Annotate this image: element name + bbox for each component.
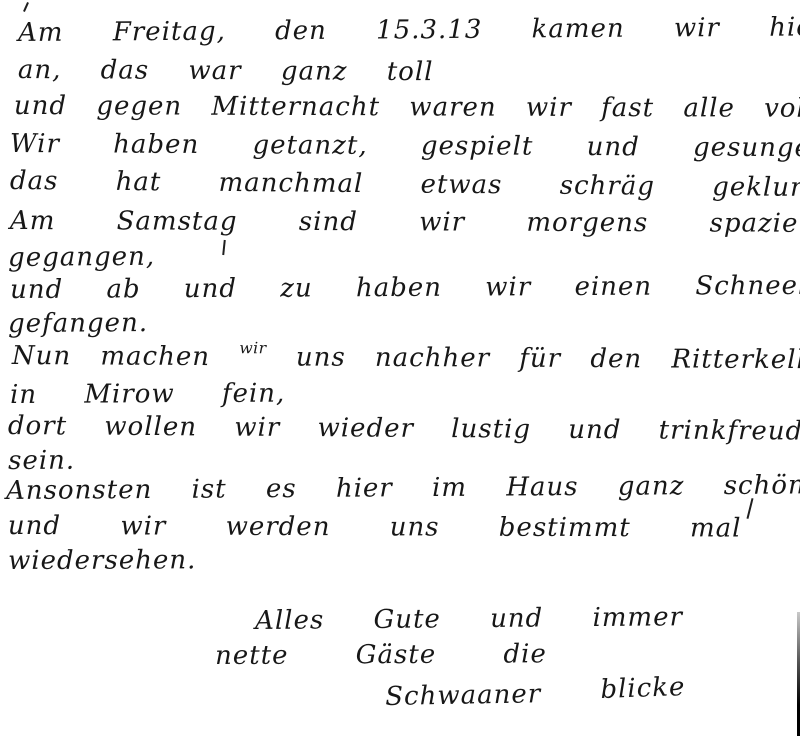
handwriting-line-13: sein. bbox=[8, 448, 75, 474]
handwriting-line-3: und gegen Mitternacht waren wir fast all… bbox=[14, 93, 800, 122]
handwriting-line-14: Ansonsten ist es hier im Haus ganz schön… bbox=[6, 472, 800, 504]
handwriting-line-2: an, das war ganz toll bbox=[18, 57, 434, 85]
stray-pen-tick-top-left bbox=[23, 2, 29, 12]
handwriting-line-8: und ab und zu haben wir einen Schneeball bbox=[10, 273, 800, 303]
stray-pen-tick-above-line-8 bbox=[222, 240, 226, 255]
closing-line-2: nette Gäste die bbox=[215, 641, 547, 669]
handwriting-line-6: Am Samstag sind wir morgens spazieren bbox=[10, 208, 800, 237]
stray-comma-stroke-after-schoen bbox=[746, 498, 753, 519]
handwriting-line-1: Am Freitag, den 15.3.13 kamen wir hier bbox=[18, 14, 800, 46]
handwriting-line-12: dort wollen wir wieder lustig und trinkf… bbox=[8, 413, 800, 445]
handwriting-line-16: wiedersehen. bbox=[8, 547, 196, 574]
line-10-after: uns nachher für den Ritterkeller bbox=[296, 342, 800, 375]
line-10-inserted-word: wir bbox=[239, 342, 266, 358]
handwriting-line-9: gefangen. bbox=[8, 310, 148, 337]
handwriting-line-10: Nun machen wir uns nachher für den Ritte… bbox=[12, 343, 800, 373]
handwriting-line-4: Wir haben getanzt, gespielt und gesungen… bbox=[10, 131, 800, 161]
handwriting-line-7: gegangen, bbox=[8, 244, 155, 271]
handwriting-line-5: das hat manchmal etwas schräg geklungen. bbox=[10, 168, 800, 201]
handwriting-line-11: in Mirow fein, bbox=[10, 381, 285, 408]
closing-line-1: Alles Gute und immer bbox=[255, 604, 683, 634]
signature-word-1: Schwaaner bbox=[385, 681, 541, 710]
signature-word-2: blicke bbox=[600, 674, 686, 703]
guestbook-page: Am Freitag, den 15.3.13 kamen wir hier a… bbox=[0, 0, 800, 736]
handwriting-line-15: und wir werden uns bestimmt mal bbox=[8, 513, 742, 542]
line-10-before: Nun machen bbox=[12, 341, 240, 372]
